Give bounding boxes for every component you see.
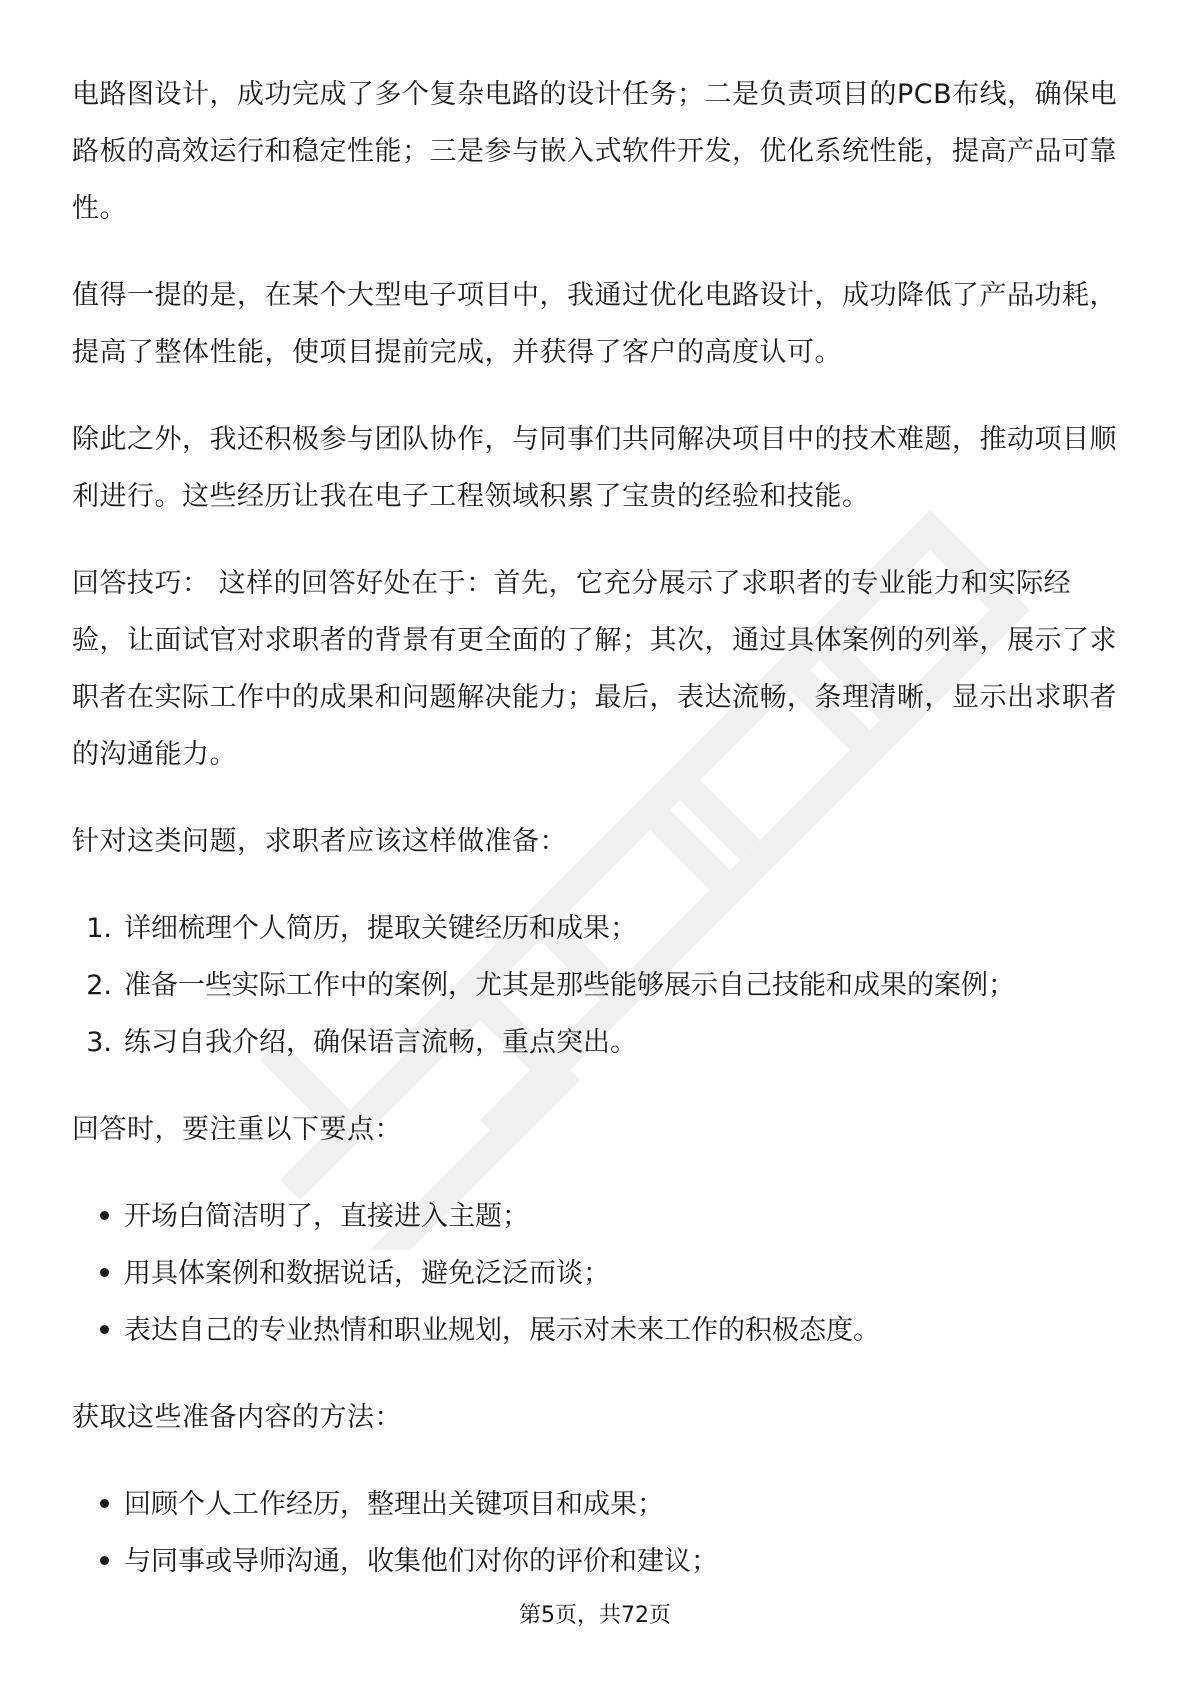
list-number: 2.	[72, 957, 124, 1014]
paragraph-project-duties: 电路图设计，成功完成了多个复杂电路的设计任务；二是负责项目的PCB布线，确保电路…	[72, 66, 1120, 237]
points-heading: 回答时，要注重以下要点：	[72, 1101, 1120, 1158]
list-item: 用具体案例和数据说话，避免泛泛而谈；	[72, 1245, 1120, 1302]
list-item: 表达自己的专业热情和职业规划，展示对未来工作的积极态度。	[72, 1302, 1120, 1359]
list-item: 开场白简洁明了，直接进入主题；	[72, 1188, 1120, 1245]
list-item-text: 用具体案例和数据说话，避免泛泛而谈；	[124, 1245, 610, 1302]
paragraph-teamwork: 除此之外，我还积极参与团队协作，与同事们共同解决项目中的技术难题，推动项目顺利进…	[72, 411, 1120, 525]
prep-steps-list: 1. 详细梳理个人简历，提取关键经历和成果； 2. 准备一些实际工作中的案例，尤…	[72, 900, 1120, 1071]
list-number: 3.	[72, 1014, 124, 1071]
list-item-text: 练习自我介绍，确保语言流畅，重点突出。	[124, 1014, 637, 1071]
document-page: 电路图设计，成功完成了多个复杂电路的设计任务；二是负责项目的PCB布线，确保电路…	[72, 66, 1120, 1620]
list-item-text: 准备一些实际工作中的案例，尤其是那些能够展示自己技能和成果的案例；	[124, 957, 1015, 1014]
list-item: 1. 详细梳理个人简历，提取关键经历和成果；	[72, 900, 1120, 957]
list-item: 2. 准备一些实际工作中的案例，尤其是那些能够展示自己技能和成果的案例；	[72, 957, 1120, 1014]
list-item: 3. 练习自我介绍，确保语言流畅，重点突出。	[72, 1014, 1120, 1071]
prep-heading: 针对这类问题，求职者应该这样做准备：	[72, 813, 1120, 870]
methods-heading: 获取这些准备内容的方法：	[72, 1389, 1120, 1446]
page-indicator: 第5页，共72页	[0, 1598, 1190, 1629]
list-item-text: 回顾个人工作经历，整理出关键项目和成果；	[124, 1476, 664, 1533]
paragraph-answer-tips: 回答技巧： 这样的回答好处在于：首先，它充分展示了求职者的专业能力和实际经验，让…	[72, 555, 1120, 783]
list-item-text: 开场白简洁明了，直接进入主题；	[124, 1188, 529, 1245]
list-number: 1.	[72, 900, 124, 957]
paragraph-highlight-achievement: 值得一提的是，在某个大型电子项目中，我通过优化电路设计，成功降低了产品功耗，提高…	[72, 267, 1120, 381]
list-item-text: 表达自己的专业热情和职业规划，展示对未来工作的积极态度。	[124, 1302, 880, 1359]
list-item: 回顾个人工作经历，整理出关键项目和成果；	[72, 1476, 1120, 1533]
list-item-text: 与同事或导师沟通，收集他们对你的评价和建议；	[124, 1533, 718, 1590]
key-points-list: 开场白简洁明了，直接进入主题； 用具体案例和数据说话，避免泛泛而谈； 表达自己的…	[72, 1188, 1120, 1359]
list-item: 与同事或导师沟通，收集他们对你的评价和建议；	[72, 1533, 1120, 1590]
list-item-text: 详细梳理个人简历，提取关键经历和成果；	[124, 900, 637, 957]
methods-list: 回顾个人工作经历，整理出关键项目和成果； 与同事或导师沟通，收集他们对你的评价和…	[72, 1476, 1120, 1590]
